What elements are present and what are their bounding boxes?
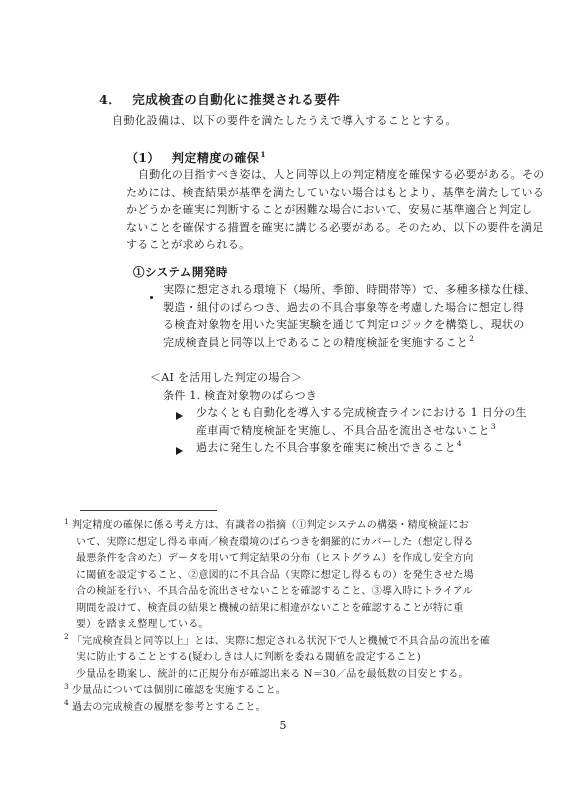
footnote-ref-4: 4 (457, 439, 462, 448)
footnote-4: 4過去の完成検査の履歴を参考とすること。 (64, 700, 490, 717)
page-number: 5 (0, 719, 566, 732)
footnotes-block: 1判定精度の確保に係る考え方は、有識者の指摘（①判定システムの構築・精度検証にお… (64, 518, 490, 716)
footnote-marker-3: 3 (64, 682, 69, 691)
footnote-line: 1判定精度の確保に係る考え方は、有識者の指摘（①判定システムの構築・精度検証にお (64, 518, 490, 535)
paragraph-line: ためには、検査結果が基準を満たしていない場合はもとより、基準を満たしている (126, 184, 545, 202)
bullet-marker (150, 281, 163, 351)
arrow-list-item: 過去に発生した不具合事象を確実に検出できること4 (176, 439, 462, 461)
paragraph-line: することが求められる。 (126, 236, 545, 254)
footnote-line: 実に防止することとする(疑わしきは人に判断を委ねる閾値を設定すること) (64, 650, 490, 667)
section-number: （1） (126, 151, 160, 165)
paragraph-line: ないことを確保する措置を確実に講じる必要がある。そのため、以下の要件を満足 (126, 219, 545, 237)
footnote-line: に閾値を設定すること、②意図的に不具合品（実際に想定し得るもの）を発生させた場 (64, 568, 490, 585)
paragraph-line: かどうかを確実に判断することが困難な場合において、安易に基準適合と判定し (126, 201, 545, 219)
title-text: 完成検査の自動化に推奨される要件 (132, 92, 340, 107)
arrow-list-item: 少なくとも自動化を導入する完成検査ラインにおける 1 日分の生 産車両で精度検証… (176, 404, 527, 439)
arrow-marker (176, 404, 196, 439)
footnote-line: 少量品を勘案し、統計的に正規分布が確認出来る N＝30／品を最低数の目安とする。 (64, 667, 490, 684)
footnote-marker-4: 4 (64, 698, 69, 707)
footnote-ref-1: 1 (260, 150, 266, 159)
footnote-ref-3: 3 (491, 422, 496, 431)
footnote-line-text: 過去の完成検査の履歴を参考とすること。 (72, 702, 266, 713)
arrow-bullet-icon (176, 412, 183, 420)
bullet-lines: 実際に想定される環境下（場所、季節、時間帯等）で、多種多様な仕様、 製造・組付の… (163, 281, 536, 351)
footnote-line: 2「完成検査員と同等以上」とは、実際に想定される状況下で人と機械で不具合品の流出… (64, 634, 490, 651)
title-number: 4． (99, 92, 121, 107)
footnote-line: 要）を踏まえ整理している。 (64, 617, 490, 634)
footnote-line-text: 少量品については個別に確認を実施すること。 (72, 685, 286, 696)
condition-label: 条件 1. 検査対象物のばらつき (163, 387, 317, 403)
footnote-line: 期間を設けて、検査員の結果と機械の結果に相違がないことを確認することが特に重 (64, 601, 490, 618)
bullet-line: 実際に想定される環境下（場所、季節、時間帯等）で、多種多様な仕様、 (163, 281, 536, 299)
footnote-2: 2「完成検査員と同等以上」とは、実際に想定される状況下で人と機械で不具合品の流出… (64, 634, 490, 684)
bullet-line-text: 完成検査員と同等以上であることの精度検証を実施すること (163, 336, 468, 349)
arrow-item-lines: 過去に発生した不具合事象を確実に検出できること4 (196, 439, 462, 461)
arrow-item-line: 産車両で精度検証を実施し、不具合品を流出させないこと3 (196, 422, 527, 440)
arrow-item-lines: 少なくとも自動化を導入する完成検査ラインにおける 1 日分の生 産車両で精度検証… (196, 404, 527, 439)
ai-case-heading: ＜AI を活用した判定の場合＞ (150, 369, 302, 385)
footnote-separator (80, 510, 217, 511)
intro-text: 自動化設備は、以下の要件を満たしたうえで導入することとする。 (112, 112, 457, 128)
bullet-line: 製造・組付のばらつき、過去の不具合事象等を考慮した場合に想定し得 (163, 299, 536, 317)
footnote-line: 最悪条件を含めた）データを用いて判定結果の分布（ヒストグラム）を作成し安全方向 (64, 551, 490, 568)
section-heading-text: 判定精度の確保 (172, 151, 260, 165)
footnote-line: 4過去の完成検査の履歴を参考とすること。 (64, 700, 490, 717)
footnote-line: いて、実際に想定し得る車両／検査環境のばらつきを網羅的にカバーした（想定し得る (64, 535, 490, 552)
arrow-bullet-icon (176, 447, 183, 455)
paragraph-line: 自動化の目指すべき姿は、人と同等以上の判定精度を確保する必要がある。その (126, 166, 545, 184)
footnote-3: 3少量品については個別に確認を実施すること。 (64, 683, 490, 700)
bullet-line: 完成検査員と同等以上であることの精度検証を実施すること2 (163, 334, 536, 352)
bullet-list-item: 実際に想定される環境下（場所、季節、時間帯等）で、多種多様な仕様、 製造・組付の… (150, 281, 536, 351)
bullet-line: る検査対象物を用いた実証実験を通じて判定ロジックを構築し、現状の (163, 316, 536, 334)
footnote-1: 1判定精度の確保に係る考え方は、有識者の指摘（①判定システムの構築・精度検証にお… (64, 518, 490, 634)
section-heading: （1）判定精度の確保1 (126, 149, 266, 166)
footnote-ref-2: 2 (469, 334, 474, 343)
arrow-item-line-text: 過去に発生した不具合事象を確実に検出できること (196, 441, 456, 454)
dot-bullet-icon (150, 296, 153, 299)
footnote-marker-1: 1 (64, 517, 69, 526)
footnote-line: 3少量品については個別に確認を実施すること。 (64, 683, 490, 700)
footnote-line: 合の検証を行い、不具合品を流出させないことを確認すること、③導入時にトライアル (64, 584, 490, 601)
arrow-item-line: 少なくとも自動化を導入する完成検査ラインにおける 1 日分の生 (196, 404, 527, 422)
arrow-marker (176, 439, 196, 461)
footnote-line-text: 判定精度の確保に係る考え方は、有識者の指摘（①判定システムの構築・精度検証にお (72, 520, 469, 531)
page-title: 4．完成検査の自動化に推奨される要件 (99, 90, 340, 108)
document-page: 4．完成検査の自動化に推奨される要件 自動化設備は、以下の要件を満たしたうえで導… (0, 0, 566, 800)
subsection-heading: ①システム開発時 (133, 264, 228, 280)
section-paragraph: 自動化の目指すべき姿は、人と同等以上の判定精度を確保する必要がある。その ために… (126, 166, 545, 254)
arrow-item-line: 過去に発生した不具合事象を確実に検出できること4 (196, 439, 462, 457)
arrow-item-line-text: 産車両で精度検証を実施し、不具合品を流出させないこと (196, 424, 490, 437)
footnote-line-text: 「完成検査員と同等以上」とは、実際に想定される状況下で人と機械で不具合品の流出を… (72, 636, 490, 647)
footnote-marker-2: 2 (64, 632, 69, 641)
